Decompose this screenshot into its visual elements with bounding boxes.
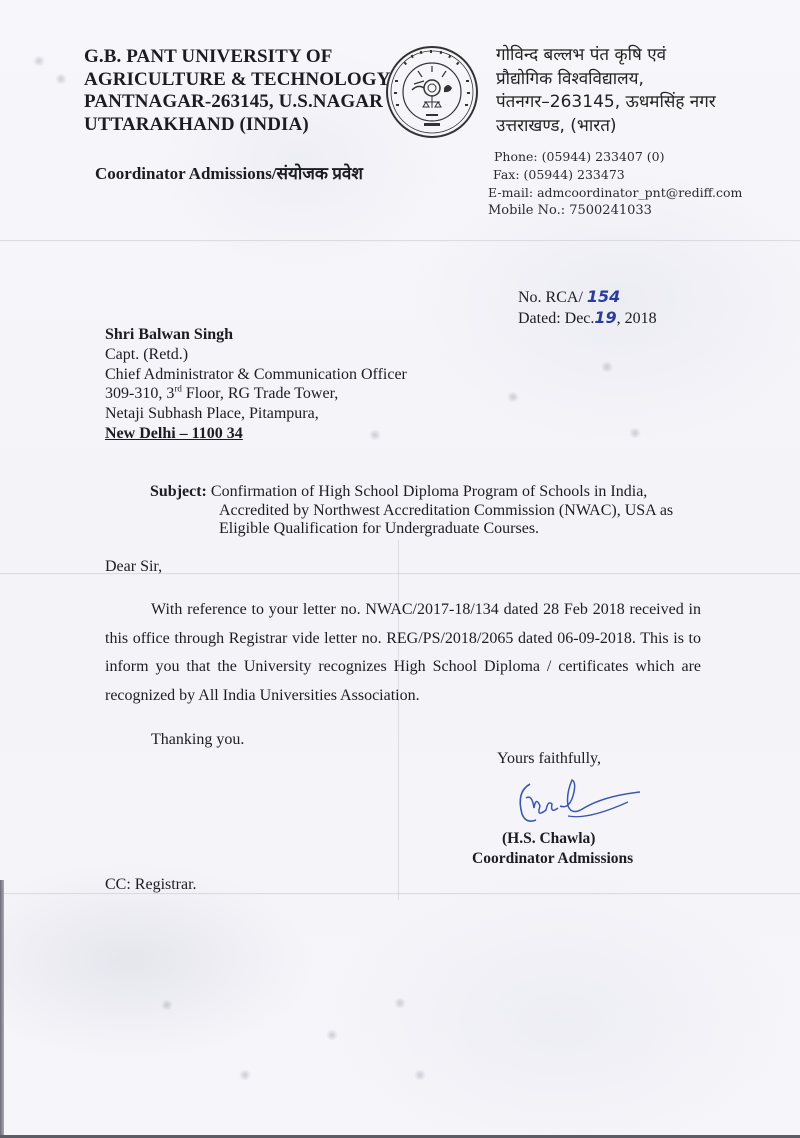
letterhead-line: PANTNAGAR-263145, U.S.NAGAR xyxy=(84,91,390,114)
letterhead-english: G.B. PANT UNIVERSITY OF AGRICULTURE & TE… xyxy=(84,46,390,136)
date-year: , 2018 xyxy=(617,310,657,327)
signatory-block: (H.S. Chawla) Coordinator Admissions xyxy=(502,829,633,869)
paper-smudge xyxy=(238,1070,252,1080)
subject-line: Accredited by Northwest Accreditation Co… xyxy=(150,502,673,521)
letterhead-hindi-line: प्रौद्योगिक विश्वविद्यालय, xyxy=(496,68,716,92)
thanks-line: Thanking you. xyxy=(151,731,244,749)
scanned-letter-page: G.B. PANT UNIVERSITY OF AGRICULTURE & TE… xyxy=(0,0,800,1138)
letter-body: With reference to your letter no. NWAC/2… xyxy=(105,596,701,710)
subject-block: Subject: Confirmation of High School Dip… xyxy=(150,483,673,539)
subject-line: Eligible Qualification for Undergraduate… xyxy=(150,520,673,539)
letterhead-line: AGRICULTURE & TECHNOLOGY xyxy=(84,69,390,92)
handwritten-signature xyxy=(512,776,642,828)
phone-number: Phone: (05944) 233407 (0) xyxy=(492,148,742,166)
salutation: Dear Sir, xyxy=(105,558,162,576)
letter-date: Dated: Dec.19, 2018 xyxy=(518,308,657,329)
signatory-name: (H.S. Chawla) xyxy=(502,829,633,849)
signatory-designation: Coordinator Admissions xyxy=(472,849,633,869)
letterhead-line: G.B. PANT UNIVERSITY OF xyxy=(84,46,390,69)
address-prefix: 309-310, 3 xyxy=(105,385,174,402)
letterhead-hindi-line: पंतनगर–263145, ऊधमसिंह नगर xyxy=(496,91,716,115)
paper-mark xyxy=(54,74,68,84)
recipient-address-line2: Netaji Subhash Place, Pitampura, xyxy=(105,404,407,424)
email-address: E-mail: admcoordinator_pnt@rediff.com xyxy=(488,184,742,202)
closing-line: Yours faithfully, xyxy=(497,750,601,768)
recipient-address-line1: 309-310, 3rd Floor, RG Trade Tower, xyxy=(105,384,407,404)
address-suffix: Floor, RG Trade Tower, xyxy=(182,385,338,402)
letterhead-hindi-line: गोविन्द बल्लभ पंत कृषि एवं xyxy=(496,44,716,68)
recipient-city: New Delhi – 1100 34 xyxy=(105,424,407,444)
fax-number: Fax: (05944) 233473 xyxy=(492,166,742,184)
paper-mark xyxy=(32,56,46,66)
paper-smudge xyxy=(325,1030,339,1040)
recipient-title: Chief Administrator & Communication Offi… xyxy=(105,365,407,385)
recipient-rank: Capt. (Retd.) xyxy=(105,345,407,365)
reference-number: No. RCA/ 154 xyxy=(518,287,657,308)
reference-label: No. RCA/ xyxy=(518,289,583,306)
scan-edge-left xyxy=(0,880,4,1138)
date-label: Dated: Dec. xyxy=(518,310,594,327)
cc-line: CC: Registrar. xyxy=(105,876,197,894)
paper-smudge xyxy=(160,1000,174,1010)
letter-body-text: With reference to your letter no. NWAC/2… xyxy=(105,601,701,704)
recipient-address: Shri Balwan Singh Capt. (Retd.) Chief Ad… xyxy=(105,325,407,444)
mobile-number: Mobile No.: 7500241033 xyxy=(488,202,742,220)
handwritten-reference-number: 154 xyxy=(587,287,620,306)
paper-smudge xyxy=(413,1070,427,1080)
handwritten-day: 19 xyxy=(594,308,616,327)
contact-block: Phone: (05944) 233407 (0) Fax: (05944) 2… xyxy=(492,148,742,220)
paper-smudge xyxy=(393,998,407,1008)
recipient-name: Shri Balwan Singh xyxy=(105,325,407,345)
address-ordinal: rd xyxy=(174,384,182,394)
subject-label: Subject: xyxy=(150,483,207,500)
office-title: Coordinator Admissions/संयोजक प्रवेश xyxy=(95,161,363,184)
reference-block: No. RCA/ 154 Dated: Dec.19, 2018 xyxy=(518,287,657,329)
subject-line: Confirmation of High School Diploma Prog… xyxy=(211,483,647,500)
paper-smudge xyxy=(600,362,614,372)
paper-fold-line-vertical xyxy=(398,540,399,900)
university-seal-icon xyxy=(384,44,480,140)
letterhead-hindi-line: उत्तराखण्ड, (भारत) xyxy=(496,115,716,139)
letterhead-hindi: गोविन्द बल्लभ पंत कृषि एवं प्रौद्योगिक व… xyxy=(496,44,716,138)
paper-fold-line xyxy=(0,240,800,242)
paper-smudge xyxy=(506,392,520,402)
paper-smudge xyxy=(628,428,642,438)
letterhead-line: UTTARAKHAND (INDIA) xyxy=(84,114,390,137)
